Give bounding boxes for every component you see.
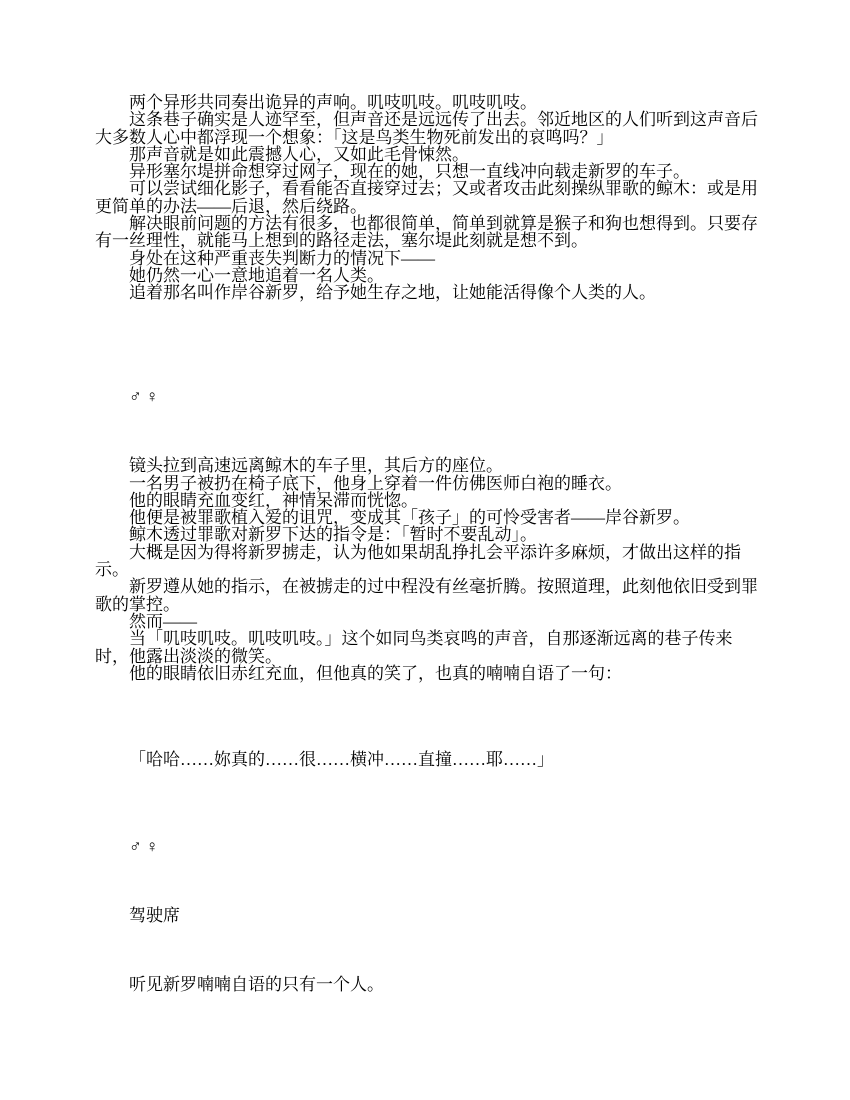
text-line: 「哈哈……妳真的……很……横冲……直撞……耶……」 — [95, 751, 760, 768]
blank-line — [95, 682, 760, 699]
text-line: 新罗遵从她的指示，在被掳走的过中程没有丝毫折腾。按照道理，此刻他依旧受到罪 — [95, 578, 760, 595]
blank-line — [95, 336, 760, 353]
text-line: 然而—— — [95, 613, 760, 630]
text-line: 两个异形共同奏出诡异的声响。叽吱叽吱。叽吱叽吱。 — [95, 94, 760, 111]
blank-line — [95, 786, 760, 803]
text-line: 他的眼睛依旧赤红充血，但他真的笑了，也真的喃喃自语了一句： — [95, 665, 760, 682]
text-line: 镜头拉到高速远离鲸木的车子里，其后方的座位。 — [95, 457, 760, 474]
text-line: 追着那名叫作岸谷新罗，给予她生存之地，让她能活得像个人类的人。 — [95, 284, 760, 301]
text-line: 鲸木透过罪歌对新罗下达的指令是：「暂时不要乱动」。 — [95, 526, 760, 543]
text-line: 听见新罗喃喃自语的只有一个人。 — [95, 976, 760, 993]
text-line: 这条巷子确实是人迹罕至，但声音还是远远传了出去。邻近地区的人们听到这声音后 — [95, 111, 760, 128]
text-line: 那声音就是如此震撼人心，又如此毛骨悚然。 — [95, 146, 760, 163]
text-line: 可以尝试细化影子，看看能否直接穿过去；又或者攻击此刻操纵罪歌的鲸木：或是用 — [95, 180, 760, 197]
text-line: 他便是被罪歌植入爱的诅咒，变成其「孩子」的可怜受害者——岸谷新罗。 — [95, 509, 760, 526]
text-line: 她仍然一心一意地追着一名人类。 — [95, 267, 760, 284]
blank-line — [95, 405, 760, 422]
blank-line — [95, 717, 760, 734]
text-line: 身处在这种严重丧失判断力的情况下—— — [95, 250, 760, 267]
blank-line — [95, 803, 760, 820]
blank-line — [95, 855, 760, 872]
text-line: 他的眼睛充血变红，神情呆滞而恍惚。 — [95, 492, 760, 509]
blank-line — [95, 959, 760, 976]
scene-divider: ♂♀ — [95, 388, 760, 405]
blank-line — [95, 872, 760, 889]
blank-line — [95, 423, 760, 440]
text-line: 驾驶席 — [95, 907, 760, 924]
text-line: 一名男子被扔在椅子底下，他身上穿着一件仿佛医师白袍的睡衣。 — [95, 475, 760, 492]
text-line: 当「叽吱叽吱。叽吱叽吱。」这个如同鸟类哀鸣的声音，自那逐渐远离的巷子传来 — [95, 630, 760, 647]
blank-line — [95, 440, 760, 457]
blank-line — [95, 699, 760, 716]
text-line: 示。 — [95, 561, 760, 578]
document-page: 两个异形共同奏出诡异的声响。叽吱叽吱。叽吱叽吱。这条巷子确实是人迹罕至，但声音还… — [0, 0, 850, 1100]
blank-line — [95, 319, 760, 336]
blank-line — [95, 924, 760, 941]
blank-line — [95, 734, 760, 751]
scene-divider: ♂♀ — [95, 838, 760, 855]
blank-line — [95, 820, 760, 837]
blank-line — [95, 353, 760, 370]
blank-line — [95, 769, 760, 786]
blank-line — [95, 371, 760, 388]
novel-text-block: 两个异形共同奏出诡异的声响。叽吱叽吱。叽吱叽吱。这条巷子确实是人迹罕至，但声音还… — [95, 94, 760, 993]
text-line: 有一丝理性，就能马上想到的路径走法，塞尔堤此刻就是想不到。 — [95, 232, 760, 249]
blank-line — [95, 942, 760, 959]
blank-line — [95, 302, 760, 319]
text-line: 更简单的办法——后退，然后绕路。 — [95, 198, 760, 215]
text-line: 歌的掌控。 — [95, 596, 760, 613]
text-line: 大多数人心中都浮现一个想象：「这是鸟类生物死前发出的哀鸣吗？」 — [95, 129, 760, 146]
text-line: 大概是因为得将新罗掳走，认为他如果胡乱挣扎会平添许多麻烦，才做出这样的指 — [95, 544, 760, 561]
text-line: 异形塞尔堤拼命想穿过网子，现在的她，只想一直线冲向载走新罗的车子。 — [95, 163, 760, 180]
text-line: 解决眼前问题的方法有很多，也都很简单，简单到就算是猴子和狗也想得到。只要存 — [95, 215, 760, 232]
blank-line — [95, 890, 760, 907]
text-line: 时，他露出淡淡的微笑。 — [95, 648, 760, 665]
